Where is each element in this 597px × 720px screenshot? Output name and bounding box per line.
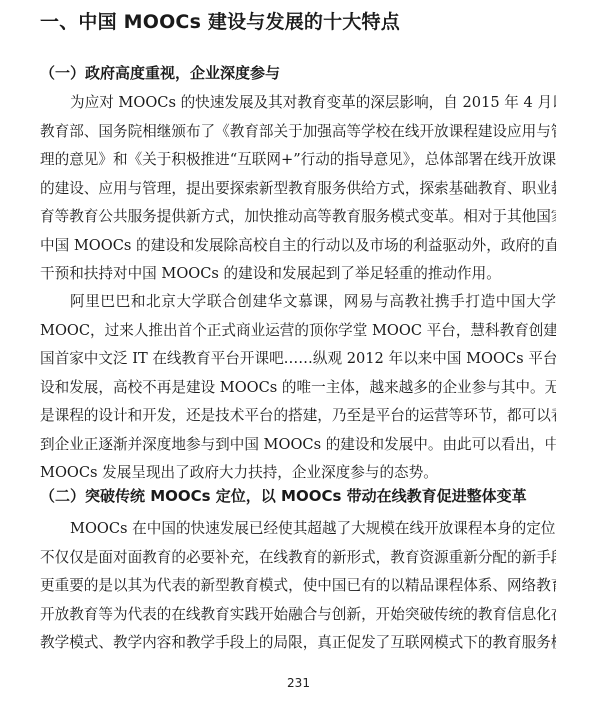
paragraph-line: 开放教育等为代表的在线教育实践开始融合与创新，开始突破传统的教育信息化在 <box>40 601 556 630</box>
paragraph-line: 理的意见》和《关于积极推进“互联网+”行动的指导意见》，总体部署在线开放课程 <box>40 146 556 175</box>
paragraph-line: 更重要的是以其为代表的新型教育模式，使中国已有的以精品课程体系、网络教育、 <box>40 572 556 601</box>
page-number: 231 <box>0 676 597 690</box>
paragraph-line: 教育部、国务院相继颁布了《教育部关于加强高等学校在线开放课程建设应用与管 <box>40 118 556 147</box>
page-title: 一、中国 MOOCs 建设与发展的十大特点 <box>40 8 560 36</box>
paragraph-3: MOOCs 在中国的快速发展已经使其超越了大规模在线开放课程本身的定位， 不仅仅… <box>40 515 556 658</box>
section-heading-2: （二）突破传统 MOOCs 定位，以 MOOCs 带动在线教育促进整体变革 <box>40 485 570 507</box>
paragraph-line: 中国 MOOCs 的建设和发展除高校自主的行动以及市场的利益驱动外，政府的直接 <box>40 232 556 261</box>
paragraph-line: 干预和扶持对中国 MOOCs 的建设和发展起到了举足轻重的推动作用。 <box>40 260 556 289</box>
paragraph-line: 阿里巴巴和北京大学联合创建华文慕课，网易与高教社携手打造中国大学 <box>40 288 556 317</box>
paragraph-2: 阿里巴巴和北京大学联合创建华文慕课，网易与高教社携手打造中国大学 MOOC，过来… <box>40 288 556 488</box>
paragraph-line: MOOCs 发展呈现出了政府大力扶持，企业深度参与的态势。 <box>40 459 556 488</box>
paragraph-line: 到企业正逐渐并深度地参与到中国 MOOCs 的建设和发展中。由此可以看出，中国 <box>40 431 556 460</box>
paragraph-line: MOOCs 在中国的快速发展已经使其超越了大规模在线开放课程本身的定位， <box>40 515 556 544</box>
paragraph-line: 的建设、应用与管理，提出要探索新型教育服务供给方式，探索基础教育、职业教 <box>40 175 556 204</box>
paragraph-line: 设和发展，高校不再是建设 MOOCs 的唯一主体，越来越多的企业参与其中。无论 <box>40 374 556 403</box>
section-heading-1: （一）政府高度重视，企业深度参与 <box>40 62 570 84</box>
paragraph-line: MOOC，过来人推出首个正式商业运营的顶你学堂 MOOC 平台，慧科教育创建中 <box>40 317 556 346</box>
paragraph-1: 为应对 MOOCs 的快速发展及其对教育变革的深层影响，自 2015 年 4 月… <box>40 89 556 289</box>
paragraph-line: 是课程的设计和开发，还是技术平台的搭建，乃至是平台的运营等环节，都可以看 <box>40 402 556 431</box>
paragraph-line: 教学模式、教学内容和教学手段上的局限，真正促发了互联网模式下的教育服务模 <box>40 629 556 658</box>
paragraph-line: 国首家中文泛 IT 在线教育平台开课吧……纵观 2012 年以来中国 MOOCs… <box>40 345 556 374</box>
paragraph-line: 为应对 MOOCs 的快速发展及其对教育变革的深层影响，自 2015 年 4 月… <box>40 89 556 118</box>
paragraph-line: 不仅仅是面对面教育的必要补充，在线教育的新形式，教育资源重新分配的新手段， <box>40 544 556 573</box>
paragraph-line: 育等教育公共服务提供新方式，加快推动高等教育服务模式变革。相对于其他国家， <box>40 203 556 232</box>
